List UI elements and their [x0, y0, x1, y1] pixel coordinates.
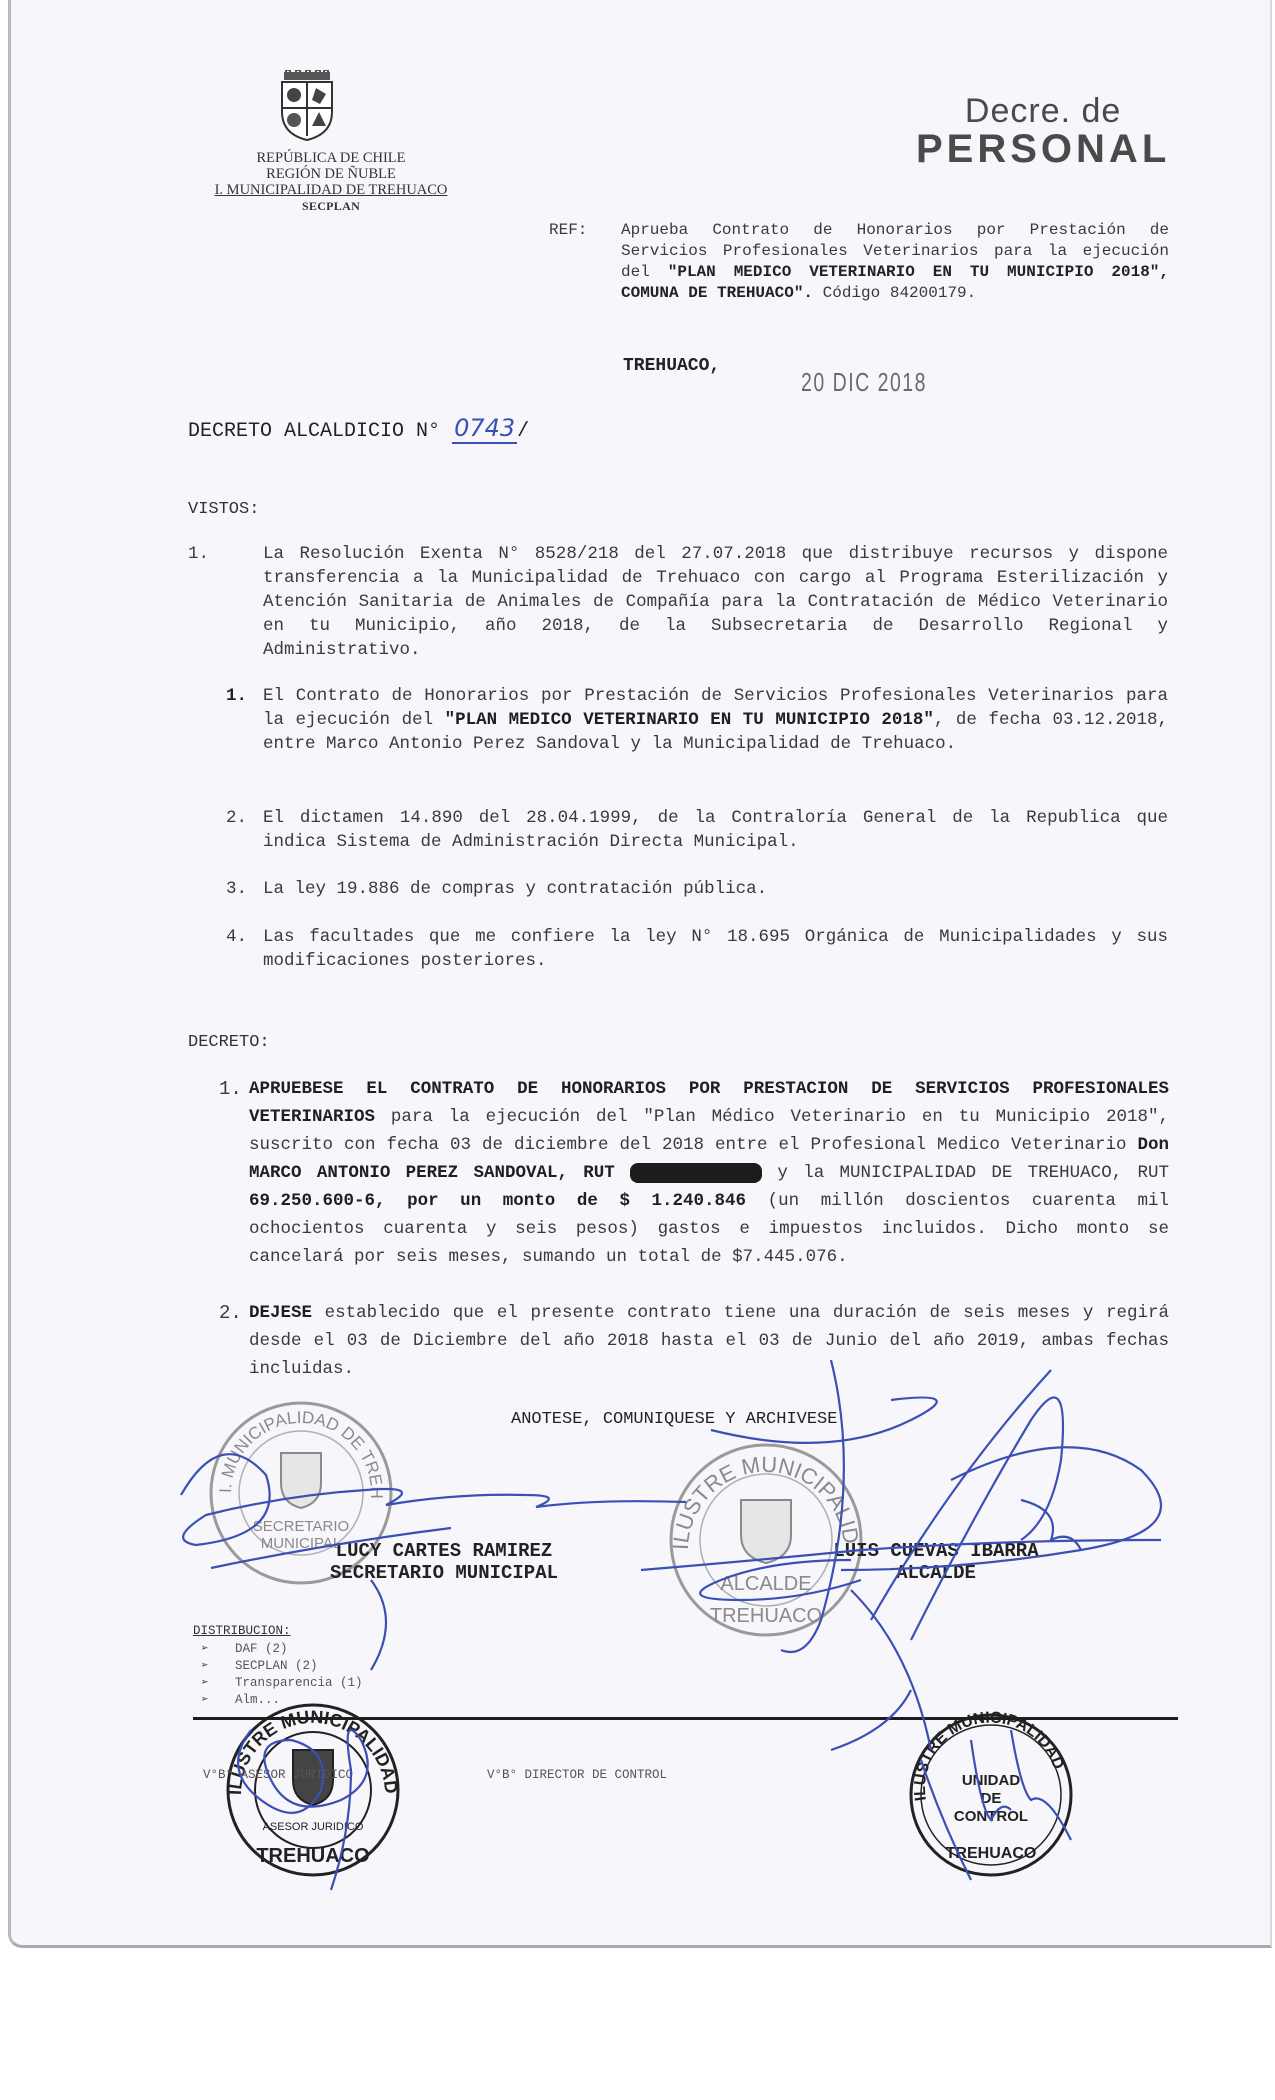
- item-number: 1.: [219, 1075, 242, 1103]
- decreto-label: DECRETO:: [188, 1033, 270, 1052]
- svg-text:TREHUACO: TREHUACO: [946, 1845, 1037, 1862]
- vistos-item: 3. La ley 19.886 de compras y contrataci…: [226, 877, 1168, 901]
- vistos-item: 1. El Contrato de Honorarios por Prestac…: [226, 684, 1168, 756]
- item-text: Las facultades que me confiere la ley N°…: [263, 925, 1168, 973]
- distribution-item-label: DAF (2): [235, 1642, 288, 1656]
- item-number: 2.: [226, 806, 247, 830]
- stamp-title-line2: PERSONAL: [916, 127, 1170, 172]
- stamp-title-line1: Decre. de: [916, 92, 1170, 131]
- signatory-title: SECRETARIO MUNICIPAL: [279, 1562, 609, 1584]
- distribution-label: DISTRIBUCION:: [193, 1624, 291, 1638]
- distribution-item: ➢Alm...: [201, 1692, 363, 1709]
- arrow-bullet-icon: ➢: [201, 1641, 235, 1658]
- item-number: 1.: [188, 542, 209, 566]
- header-line-municipality: I. MUNICIPALIDAD DE TREHUACO: [161, 182, 501, 198]
- item-number: 2.: [219, 1299, 242, 1327]
- decree-number-handwritten: 0743: [452, 414, 517, 444]
- header-line-country: REPÚBLICA DE CHILE: [161, 150, 501, 166]
- reference-code: Código 84200179.: [813, 284, 976, 302]
- distribution-item-label: SECPLAN (2): [235, 1659, 318, 1673]
- contract-amount: 69.250.600-6, por un monto de $ 1.240.84…: [249, 1191, 746, 1211]
- svg-text:TREHUACO: TREHUACO: [710, 1605, 822, 1627]
- closing-formula: ANOTESE, COMUNIQUESE Y ARCHIVESE: [511, 1410, 837, 1429]
- header-line-region: REGIÓN DE ÑUBLE: [161, 166, 501, 182]
- item-text-part: establecido que el presente contrato tie…: [249, 1303, 1169, 1379]
- distribution-item-label: Alm...: [235, 1693, 280, 1707]
- signatory-alcalde: LUIS CUEVAS IBARRA ALCALDE: [771, 1540, 1101, 1584]
- scanned-document-page: REPÚBLICA DE CHILE REGIÓN DE ÑUBLE I. MU…: [8, 0, 1272, 1948]
- issuer-header: REPÚBLICA DE CHILE REGIÓN DE ÑUBLE I. MU…: [161, 150, 501, 214]
- place: TREHUACO,: [623, 356, 720, 376]
- svg-text:TREHUACO: TREHUACO: [256, 1845, 369, 1867]
- signatory-title: ALCALDE: [771, 1562, 1101, 1584]
- signatory-name: LUCY CARTES RAMIREZ: [279, 1540, 609, 1562]
- item-number: 4.: [226, 925, 247, 949]
- item-text: El Contrato de Honorarios por Prestación…: [263, 684, 1168, 756]
- asesor-juridico-seal-icon: ILUSTRE MUNICIPALIDAD ASESOR JURIDICO TR…: [223, 1700, 403, 1880]
- item-text-part: para la ejecución del "Plan Médico Veter…: [249, 1107, 1169, 1155]
- decreto-item: 2. DEJESE establecido que el presente co…: [219, 1299, 1169, 1383]
- signatory-secretario: LUCY CARTES RAMIREZ SECRETARIO MUNICIPAL: [279, 1540, 609, 1584]
- reference-block: REF: Aprueba Contrato de Honorarios por …: [549, 220, 1169, 304]
- svg-text:CONTROL: CONTROL: [954, 1808, 1028, 1825]
- vistos-item: 4. Las facultades que me confiere la ley…: [226, 925, 1168, 973]
- vistos-item: 2. El dictamen 14.890 del 28.04.1999, de…: [226, 806, 1168, 854]
- approval-legal: V°B° ASESOR JURIDICO: [203, 1768, 353, 1782]
- date-stamp: 20 DIC 2018: [801, 367, 927, 398]
- reference-label: REF:: [549, 220, 587, 241]
- reference-text: Aprueba Contrato de Honorarios por Prest…: [621, 220, 1169, 304]
- item-text: El dictamen 14.890 del 28.04.1999, de la…: [263, 806, 1168, 854]
- item-text: DEJESE establecido que el presente contr…: [249, 1299, 1169, 1383]
- signatory-name: LUIS CUEVAS IBARRA: [771, 1540, 1101, 1562]
- item-text: APRUEBESE EL CONTRATO DE HONORARIOS POR …: [249, 1075, 1169, 1271]
- arrow-bullet-icon: ➢: [201, 1692, 235, 1709]
- decreto-item: 1. APRUEBESE EL CONTRATO DE HONORARIOS P…: [219, 1075, 1169, 1271]
- redacted-rut: 13.603.425-1: [630, 1163, 762, 1183]
- header-department: SECPLAN: [161, 198, 501, 214]
- distribution-item: ➢Transparencia (1): [201, 1675, 363, 1692]
- svg-text:SECRETARIO: SECRETARIO: [253, 1518, 349, 1535]
- distribution-item: ➢SECPLAN (2): [201, 1658, 363, 1675]
- svg-text:DE: DE: [981, 1790, 1002, 1807]
- decree-suffix: /: [517, 420, 529, 443]
- decree-number-line: DECRETO ALCALDICIO N° 0743/: [188, 414, 529, 443]
- unidad-de-control-seal-icon: ILUSTRE MUNICIPALIDAD UNIDAD DE CONTROL …: [906, 1710, 1076, 1880]
- item-number: 3.: [226, 877, 247, 901]
- distribution-item-label: Transparencia (1): [235, 1676, 363, 1690]
- distribution-item: ➢DAF (2): [201, 1641, 363, 1658]
- svg-text:UNIDAD: UNIDAD: [962, 1772, 1020, 1789]
- municipal-coat-of-arms-icon: [276, 70, 338, 142]
- distribution-list: ➢DAF (2) ➢SECPLAN (2) ➢Transparencia (1)…: [201, 1641, 363, 1709]
- arrow-bullet-icon: ➢: [201, 1658, 235, 1675]
- vistos-label: VISTOS:: [188, 500, 259, 519]
- item-text: La Resolución Exenta N° 8528/218 del 27.…: [263, 542, 1168, 662]
- item-text-part: y la MUNICIPALIDAD DE TREHUACO, RUT: [762, 1163, 1169, 1183]
- item-program-name: "PLAN MEDICO VETERINARIO EN TU MUNICIPIO…: [445, 710, 934, 730]
- horizontal-rule: [193, 1717, 1178, 1720]
- vistos-item: 1. La Resolución Exenta N° 8528/218 del …: [188, 542, 1168, 662]
- svg-text:ASESOR JURIDICO: ASESOR JURIDICO: [263, 1821, 364, 1833]
- item-number: 1.: [226, 684, 247, 708]
- item-text: La ley 19.886 de compras y contratación …: [263, 877, 1168, 901]
- dejese-clause: DEJESE: [249, 1303, 312, 1323]
- approval-control: V°B° DIRECTOR DE CONTROL: [487, 1768, 667, 1782]
- arrow-bullet-icon: ➢: [201, 1675, 235, 1692]
- personnel-decree-stamp: Decre. de PERSONAL: [916, 92, 1170, 172]
- decree-label: DECRETO ALCALDICIO N°: [188, 420, 440, 443]
